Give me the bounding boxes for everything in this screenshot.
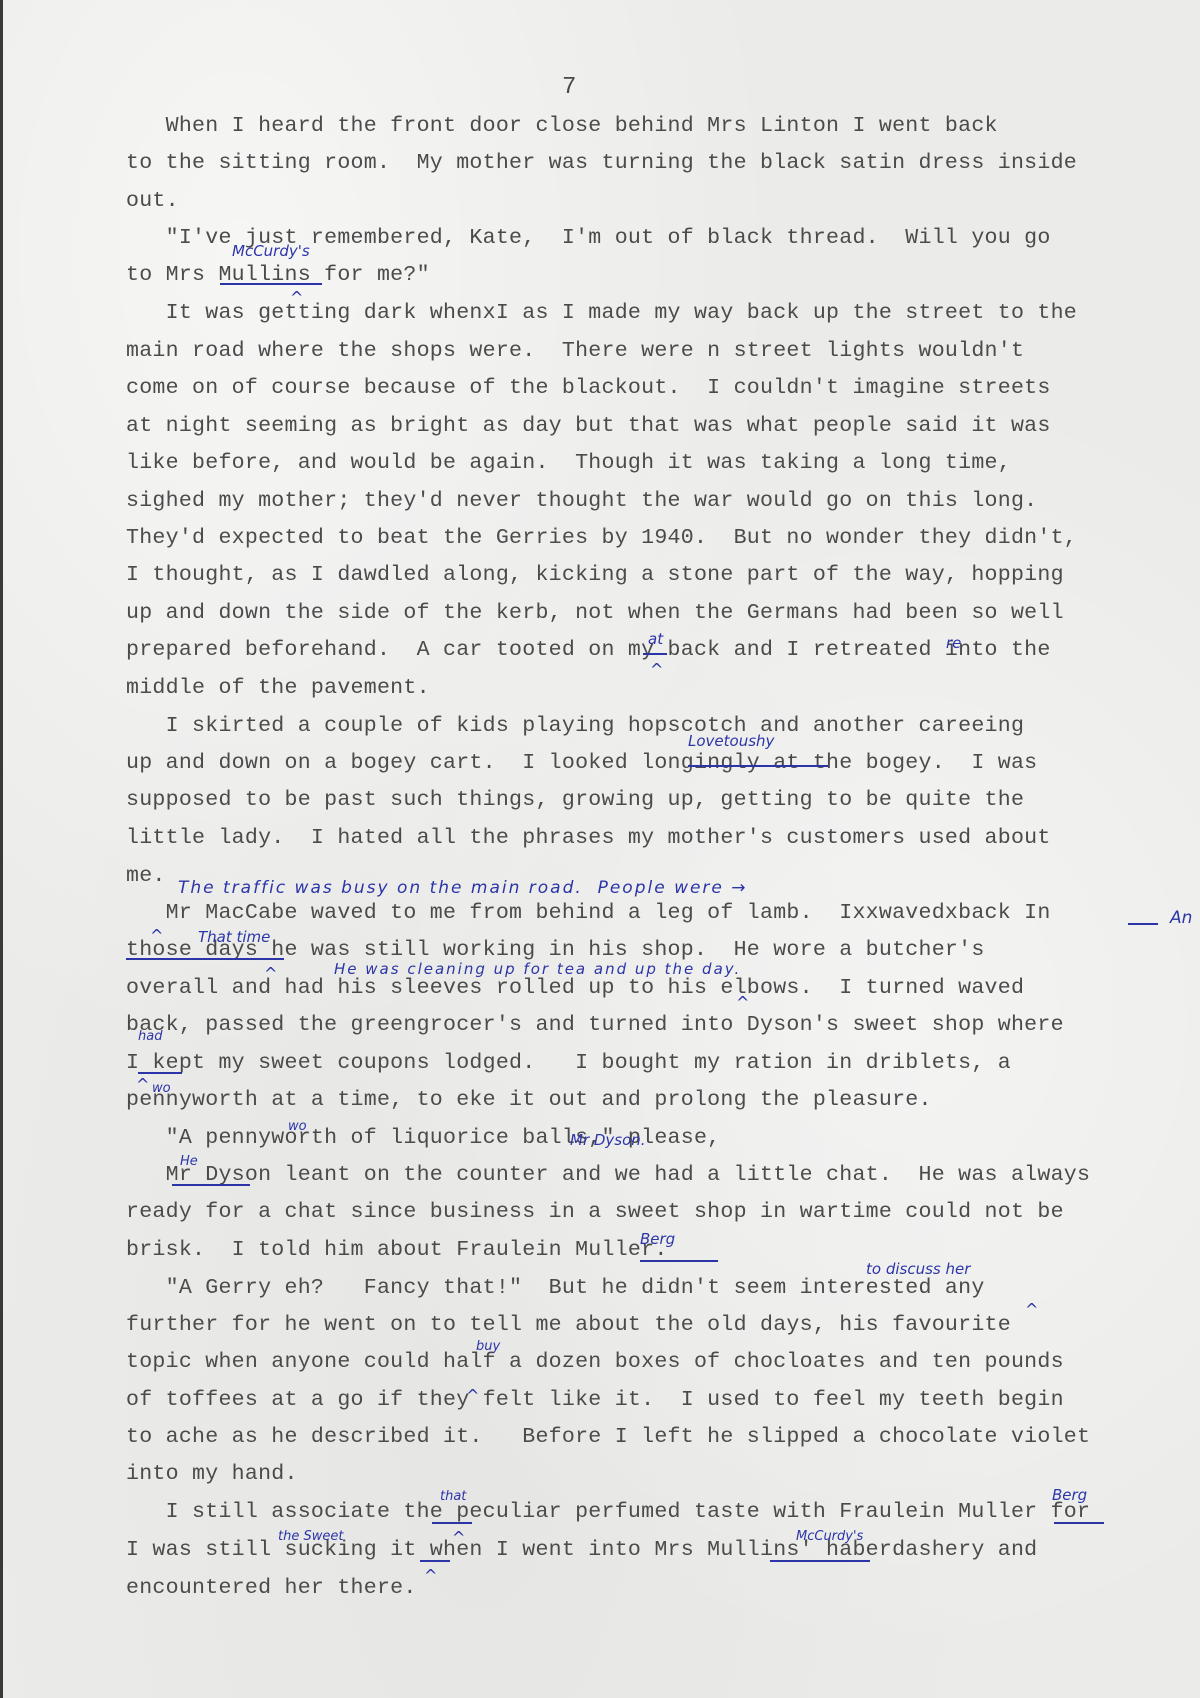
strikethrough-on bbox=[643, 653, 667, 655]
insert-caret: ^ bbox=[136, 1077, 149, 1093]
annotation-at: at bbox=[648, 632, 663, 647]
annotation-mccurdys-2: McCurdy's bbox=[796, 1530, 863, 1543]
strikethrough-mr-dyson bbox=[172, 1184, 250, 1186]
typed-line: I was still sucking it when I went into … bbox=[126, 1540, 1037, 1562]
typed-line: back, passed the greengrocer's and turne… bbox=[126, 1015, 1064, 1037]
annotation-an: An bbox=[1170, 910, 1192, 927]
typed-line: to the sitting room. My mother was turni… bbox=[126, 153, 1077, 175]
typed-line: I thought, as I dawdled along, kicking a… bbox=[126, 565, 1064, 587]
annotation-cleaning-up: He was cleaning up for tea and up the da… bbox=[334, 962, 741, 977]
typed-line: Mr Dyson leant on the counter and we had… bbox=[126, 1165, 1090, 1187]
insert-caret: ^ bbox=[1025, 1302, 1038, 1318]
strikethrough-the bbox=[432, 1522, 472, 1524]
typed-line: out. bbox=[126, 191, 179, 213]
typed-line: Mr MacCabe waved to me from behind a leg… bbox=[126, 903, 1051, 925]
typed-line: When I heard the front door close behind… bbox=[126, 116, 998, 138]
strikethrough-muller bbox=[640, 1260, 718, 1262]
annotation-lovetoushy: Lovetoushy bbox=[688, 734, 774, 749]
insert-caret: ^ bbox=[424, 1568, 437, 1584]
annotation-inserted-sentence: The traffic was busy on the main road. P… bbox=[178, 880, 748, 897]
typed-line: prepared beforehand. A car tooted on my … bbox=[126, 640, 1051, 662]
typed-line: I skirted a couple of kids playing hopsc… bbox=[126, 716, 1024, 738]
typed-line: It was getting dark whenxI as I made my … bbox=[126, 303, 1077, 325]
strikethrough-longingly bbox=[688, 765, 828, 767]
typed-line: me. bbox=[126, 866, 166, 888]
annotation-wo-2: wo bbox=[288, 1120, 307, 1133]
strikethrough-muller-2 bbox=[1054, 1522, 1104, 1524]
typed-line: up and down on a bogey cart. I looked lo… bbox=[126, 753, 1037, 775]
annotation-to-discuss-her: to discuss her bbox=[866, 1262, 970, 1277]
typed-line: pennyworth at a time, to eke it out and … bbox=[126, 1090, 932, 1112]
insert-caret: ^ bbox=[264, 966, 277, 982]
strikethrough-mullins bbox=[220, 283, 322, 285]
annotation-had: had bbox=[138, 1030, 162, 1043]
typed-line: middle of the pavement. bbox=[126, 678, 430, 700]
document-page: 7 When I heard the front door close behi… bbox=[0, 0, 1200, 1698]
typed-line: to ache as he described it. Before I lef… bbox=[126, 1427, 1090, 1449]
typed-line: up and down the side of the kerb, not wh… bbox=[126, 603, 1064, 625]
typed-line: like before, and would be again. Though … bbox=[126, 453, 1011, 475]
insert-caret: ^ bbox=[452, 1530, 465, 1546]
typed-line: supposed to be past such things, growing… bbox=[126, 790, 1024, 812]
annotation-berg: Berg bbox=[640, 1232, 675, 1247]
typed-line: come on of course because of the blackou… bbox=[126, 378, 1051, 400]
page-left-edge bbox=[0, 0, 3, 1698]
insert-caret: ^ bbox=[150, 928, 163, 944]
annotation-that: that bbox=[440, 1490, 466, 1503]
strikethrough-it bbox=[420, 1560, 450, 1562]
typed-line: I still associate the peculiar perfumed … bbox=[126, 1502, 1090, 1524]
insert-caret: ^ bbox=[466, 1388, 479, 1404]
annotation-buy: buy bbox=[476, 1340, 500, 1353]
strikethrough-those-days bbox=[126, 958, 284, 960]
typed-line: encountered her there. bbox=[126, 1578, 417, 1600]
annotation-mr-dyson: Mr Dyson. bbox=[570, 1133, 646, 1148]
typed-line: They'd expected to beat the Gerries by 1… bbox=[126, 528, 1077, 550]
insert-caret: ^ bbox=[290, 290, 303, 306]
strikethrough-kept bbox=[138, 1072, 182, 1074]
page-number: 7 bbox=[562, 74, 576, 101]
typed-line: into my hand. bbox=[126, 1464, 298, 1486]
strikethrough-in bbox=[1128, 923, 1158, 925]
annotation-berg-2: Berg bbox=[1052, 1488, 1087, 1503]
annotation-he: He bbox=[180, 1155, 198, 1168]
typed-line: brisk. I told him about Fraulein Muller. bbox=[126, 1240, 668, 1262]
typed-line: I kept my sweet coupons lodged. I bought… bbox=[126, 1053, 1011, 1075]
insert-caret: ^ bbox=[650, 662, 663, 678]
typed-line: "A Gerry eh? Fancy that!" But he didn't … bbox=[126, 1278, 985, 1300]
annotation-mccurdys: McCurdy's bbox=[232, 244, 310, 259]
typed-line: ready for a chat since business in a swe… bbox=[126, 1202, 1064, 1224]
typed-line: topic when anyone could half a dozen box… bbox=[126, 1352, 1064, 1374]
typed-line: further for he went on to tell me about … bbox=[126, 1315, 1011, 1337]
typed-line: overall and had his sleeves rolled up to… bbox=[126, 978, 1024, 1000]
typed-line: sighed my mother; they'd never thought t… bbox=[126, 491, 1037, 513]
typed-line: main road where the shops were. There we… bbox=[126, 341, 1024, 363]
strikethrough-mullins-2 bbox=[770, 1560, 870, 1562]
typed-line: at night seeming as bright as day but th… bbox=[126, 416, 1051, 438]
insert-caret: ^ bbox=[736, 995, 749, 1011]
annotation-that-time: That time bbox=[198, 930, 270, 945]
typed-line: of toffees at a go if they felt like it.… bbox=[126, 1390, 1064, 1412]
typed-line: little lady. I hated all the phrases my … bbox=[126, 828, 1051, 850]
annotation-re: re bbox=[946, 636, 961, 651]
annotation-wo-1: wo bbox=[152, 1082, 171, 1095]
annotation-the-sweet: the Sweet bbox=[278, 1530, 343, 1543]
